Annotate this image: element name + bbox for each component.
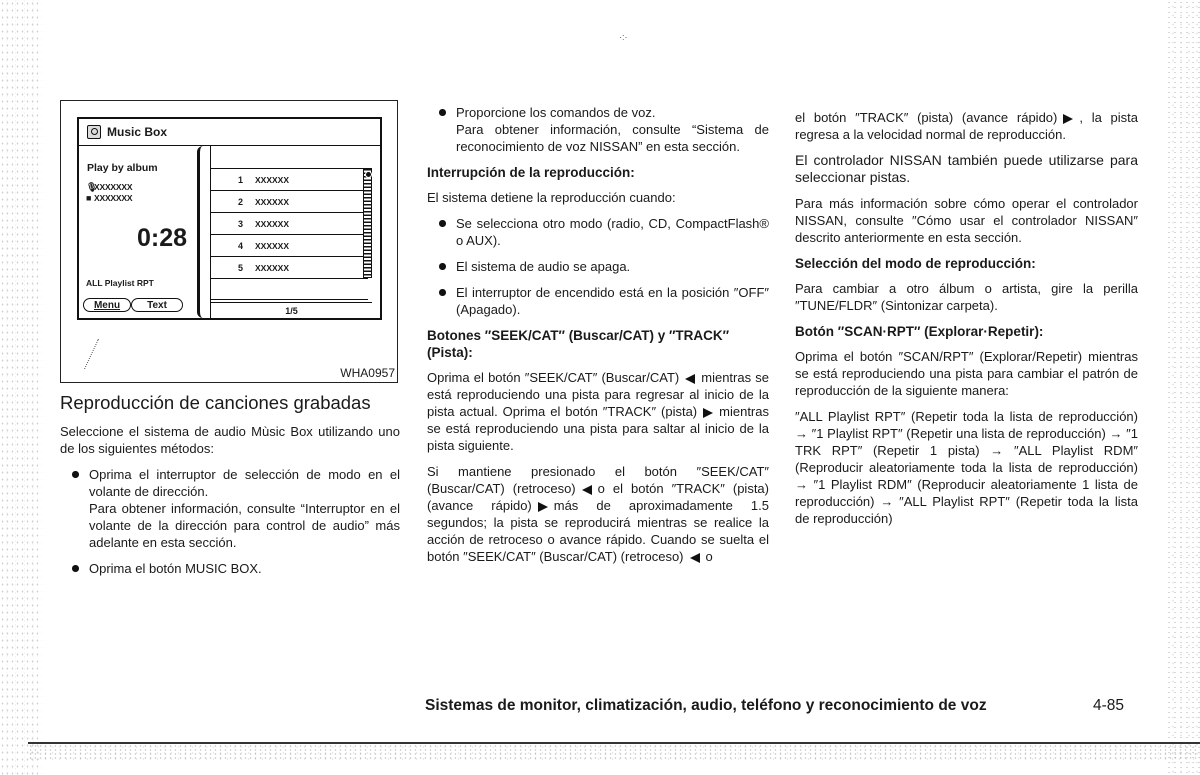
scan-artifact	[84, 339, 129, 369]
menu-button[interactable]: Menu	[83, 298, 131, 312]
column-3: el botón ″TRACK″ (pista) (avance rápido)…	[795, 109, 1138, 536]
play-mode-label: Play by album	[87, 162, 158, 174]
mode-text: Para cambiar a otro álbum o artista, gir…	[795, 280, 1138, 314]
section-title: Reproducción de canciones grabadas	[60, 392, 400, 414]
continuation-paragraph: el botón ″TRACK″ (pista) (avance rápido)…	[795, 109, 1138, 143]
track-number: 4	[211, 241, 255, 251]
text-run: el botón ″TRACK″ (pista) (avance rápido)	[795, 110, 1057, 125]
track-row[interactable]: 3 XXXXXX	[211, 212, 368, 234]
music-box-screen: Music Box Play by album 🎙︎XXXXXXX ■XXXXX…	[77, 117, 382, 320]
column-2: Proporcione los comandos de voz. Para ob…	[427, 104, 769, 574]
figure-code: WHA0957	[340, 366, 395, 380]
artist-line: 🎙︎XXXXXXX	[86, 182, 132, 193]
list-item: Proporcione los comandos de voz. Para ob…	[427, 104, 769, 155]
track-title: XXXXXX	[255, 175, 289, 185]
music-box-icon	[87, 125, 101, 139]
controller-info: Para más información sobre cómo operar e…	[795, 195, 1138, 246]
intro-text: Seleccione el sistema de audio Mùsic Box…	[60, 423, 400, 457]
scrollbar-thumb[interactable]	[365, 171, 372, 178]
interrupt-intro: El sistema detiene la reproducción cuand…	[427, 189, 769, 206]
list-item: El interruptor de encendido está en la p…	[427, 284, 769, 318]
seek-paragraph-1: Oprima el botón ″SEEK/CAT″ (Buscar/CAT)m…	[427, 369, 769, 454]
scan-edge-right	[1166, 0, 1200, 775]
track-row[interactable]: 5 XXXXXX	[211, 256, 368, 278]
page-indicator: 1/5	[211, 302, 372, 318]
elapsed-time: 0:28	[137, 224, 187, 253]
page-number: 4-85	[1093, 697, 1124, 715]
track-number: 1	[211, 175, 255, 185]
interrupt-list: Se selecciona otro modo (radio, CD, Comp…	[427, 215, 769, 318]
track-title: XXXXXX	[255, 219, 289, 229]
now-playing-pane: Play by album 🎙︎XXXXXXX ■XXXXXXX 0:28 AL…	[79, 146, 197, 318]
screen-title-bar: Music Box	[79, 119, 380, 146]
text-run: o	[706, 549, 713, 564]
interrupt-heading: Interrupción de la reproducción:	[427, 164, 769, 181]
text-run: Oprima el botón ″SEEK/CAT″ (Buscar/CAT)	[427, 370, 679, 385]
seek-back-arrow-icon	[685, 374, 695, 384]
seek-heading: Botones ″SEEK/CAT″ (Buscar/CAT) y ″TRACK…	[427, 327, 769, 361]
track-row[interactable]: 1 XXXXXX	[211, 168, 368, 190]
bullet-note: Para obtener información, consulte “Sist…	[456, 121, 769, 155]
repeat-mode-label: ALL Playlist RPT	[86, 278, 154, 288]
artist-name: XXXXXXX	[94, 182, 132, 192]
list-item: El sistema de audio se apaga.	[427, 258, 769, 275]
controller-text: El controlador NISSAN también puede util…	[795, 152, 1138, 186]
scan-edge-left	[0, 0, 42, 775]
album-icon: ■	[86, 193, 94, 203]
track-title: XXXXXX	[255, 197, 289, 207]
list-item: Oprima el botón MUSIC BOX.	[60, 560, 400, 577]
list-item: Se selecciona otro modo (radio, CD, Comp…	[427, 215, 769, 249]
bullet-text: Oprima el interruptor de selección de mo…	[89, 466, 400, 500]
seek-back-arrow-icon	[690, 553, 700, 563]
column-1: Reproducción de canciones grabadas Selec…	[60, 392, 400, 586]
pane-divider	[197, 146, 211, 318]
track-row[interactable]: 4 XXXXXX	[211, 234, 368, 256]
track-number: 2	[211, 197, 255, 207]
track-number: 5	[211, 263, 255, 273]
track-forward-arrow-icon	[1063, 114, 1073, 124]
track-forward-arrow-icon	[538, 502, 548, 512]
microphone-icon: 🎙︎	[86, 182, 94, 193]
bullet-text: Oprima el botón MUSIC BOX.	[89, 560, 400, 577]
bullet-note: Para obtener información, consulte “Inte…	[89, 500, 400, 551]
track-title: XXXXXX	[255, 263, 289, 273]
album-name: XXXXXXX	[94, 193, 132, 203]
mode-heading: Selección del modo de reproducción:	[795, 255, 1138, 272]
track-row-empty	[211, 278, 368, 300]
scan-specks: ·:·	[619, 32, 628, 42]
seek-paragraph-2: Si mantiene presionado el botón ″SEEK/CA…	[427, 463, 769, 565]
method-list: Oprima el interruptor de selección de mo…	[60, 466, 400, 577]
text-button[interactable]: Text	[131, 298, 183, 312]
track-list: 1 XXXXXX 2 XXXXXX 3 XXXXXX 4 XXXXXX 5 XX…	[211, 146, 380, 318]
album-line: ■XXXXXXX	[86, 193, 132, 203]
scan-heading: Botón ″SCAN·RPT″ (Explorar·Repetir):	[795, 323, 1138, 340]
scan-edge-bottom	[28, 744, 1200, 760]
voice-list: Proporcione los comandos de voz. Para ob…	[427, 104, 769, 155]
screen-title: Music Box	[107, 125, 167, 139]
track-forward-arrow-icon	[703, 408, 713, 418]
track-number: 3	[211, 219, 255, 229]
list-item: Oprima el interruptor de selección de mo…	[60, 466, 400, 551]
seek-back-arrow-icon	[582, 485, 592, 495]
footer-title: Sistemas de monitor, climatización, audi…	[425, 697, 987, 715]
scan-sequence: ″ALL Playlist RPT″ (Repetir toda la list…	[795, 408, 1138, 527]
music-box-figure: Music Box Play by album 🎙︎XXXXXXX ■XXXXX…	[60, 100, 398, 383]
track-title: XXXXXX	[255, 241, 289, 251]
track-scrollbar[interactable]	[363, 168, 372, 278]
bullet-text: Proporcione los comandos de voz.	[456, 104, 769, 121]
track-row[interactable]: 2 XXXXXX	[211, 190, 368, 212]
scan-text: Oprima el botón ″SCAN/RPT″ (Explorar/Rep…	[795, 348, 1138, 399]
